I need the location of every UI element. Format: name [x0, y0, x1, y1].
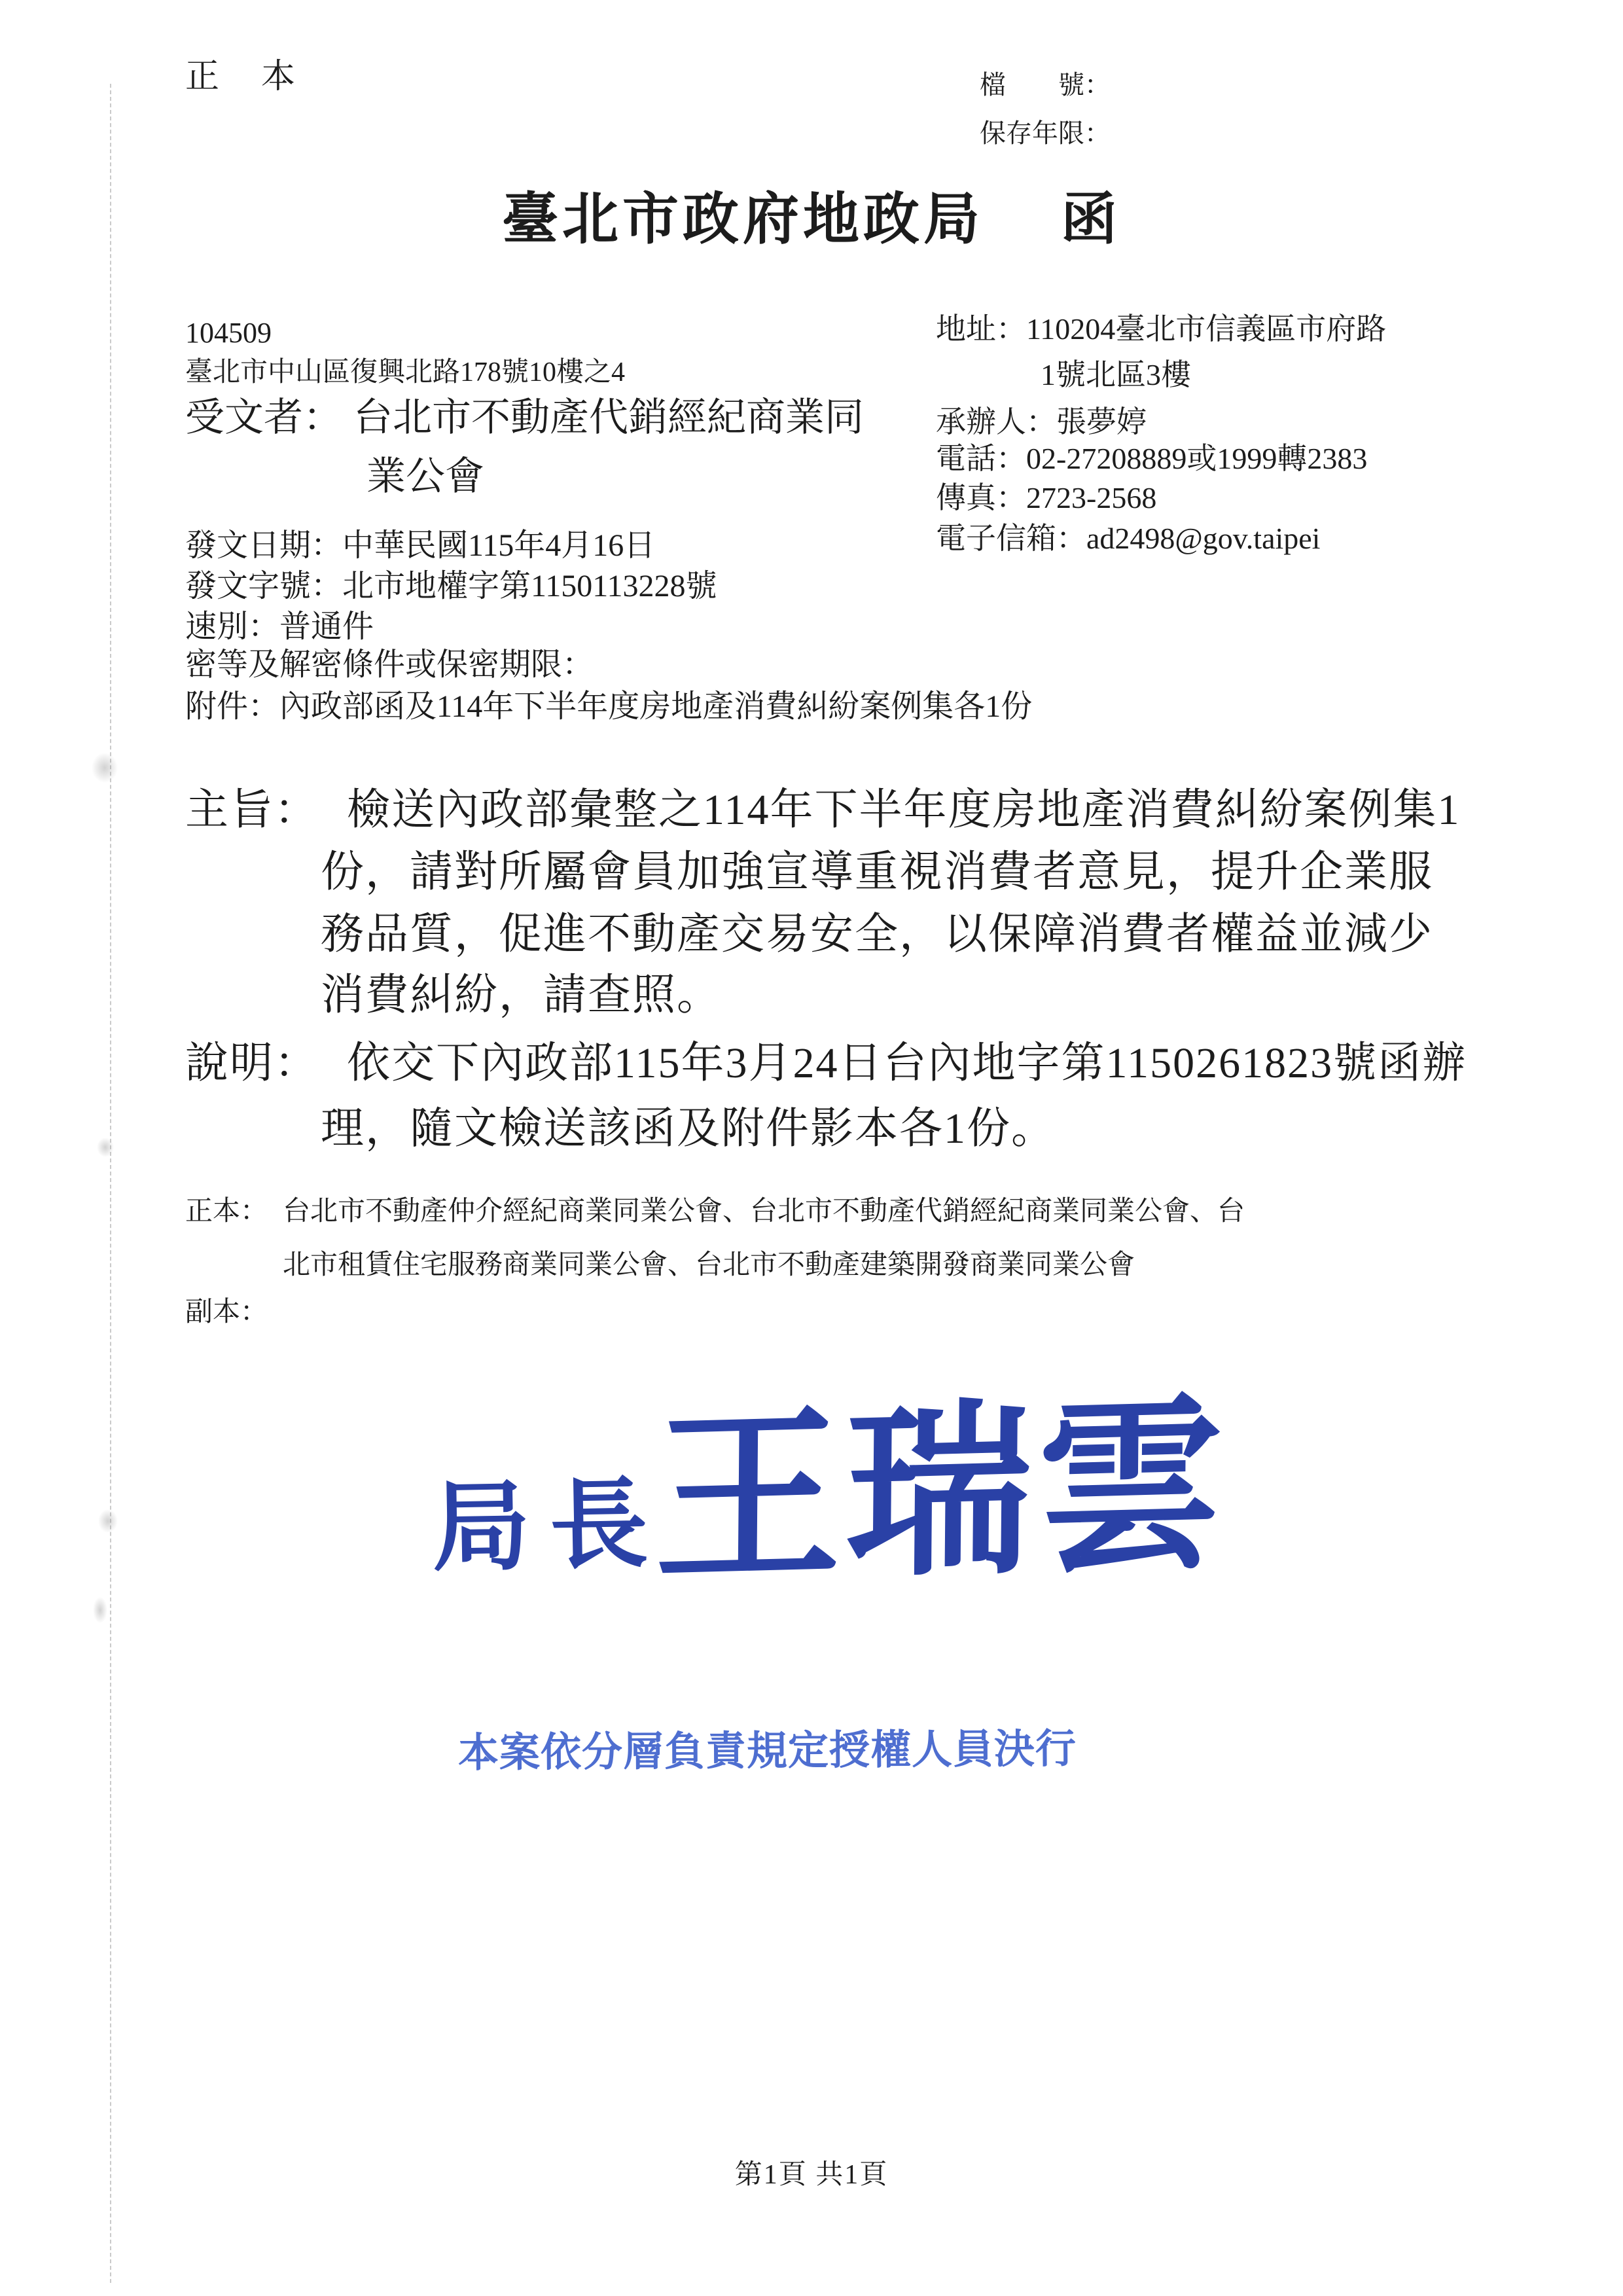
subject-line1: 檢送內政部彙整之114年下半年度房地產消費糾紛案例集1: [347, 789, 1461, 832]
recipient-address: 臺北市中山區復興北路178號10樓之4: [185, 359, 625, 386]
security-level: 密等及解密條件或保密期限：: [185, 649, 594, 681]
sender-contact-person: 承辦人：張夢婷: [936, 407, 1147, 437]
subject-line3: 務品質，促進不動產交易安全，以保障消費者權益並減少: [321, 913, 1433, 956]
retention-period-label: 保存年限：: [980, 120, 1111, 147]
attachment-note: 附件：內政部函及114年下半年度房地產消費糾紛案例集各1份: [185, 691, 1032, 723]
doc-number: 發文字號：北市地權字第1150113228號: [185, 571, 717, 602]
sender-address-line1: 地址：110204臺北市信義區市府路: [936, 314, 1386, 344]
recipient-name-line2: 業公會: [366, 457, 484, 496]
director-general-name-signature: 王瑞雲: [654, 1393, 1228, 1595]
document-type: 函: [1061, 191, 1121, 247]
explanation-label: 說明：: [185, 1042, 319, 1085]
cc-copy-label: 副本：: [185, 1299, 268, 1326]
copy-type-label: 正 本: [185, 60, 299, 94]
original-copy-line2: 北市租賃住宅服務商業同業公會、台北市不動產建築開發商業同業公會: [283, 1251, 1135, 1279]
delegation-authority-stamp: 本案依分層負責規定授權人員決行: [458, 1729, 1077, 1774]
issue-date: 發文日期：中華民國115年4月16日: [185, 530, 655, 562]
subject-label: 主旨：: [185, 789, 319, 832]
page-number-footer: 第1頁 共1頁: [735, 2161, 889, 2189]
scan-artifact: [92, 753, 118, 783]
speed-level: 速別：普通件: [185, 611, 374, 643]
sender-email: 電子信箱：ad2498@gov.taipei: [936, 524, 1320, 554]
scan-artifact: [97, 1138, 114, 1157]
recipient-label: 受文者：: [185, 398, 342, 437]
document-title: 臺北市政府地政局 函: [502, 191, 1121, 247]
recipient-name-line1: 台北市不動產代銷經紀商業同: [353, 398, 864, 437]
file-number-block: 檔 號： 保存年限：: [980, 72, 1111, 169]
subject-line4: 消費糾紛，請查照。: [321, 974, 721, 1017]
sender-phone: 電話：02-27208889或1999轉2383: [936, 444, 1367, 474]
sender-fax: 傳真：2723-2568: [936, 483, 1156, 513]
subject-line2: 份，請對所屬會員加強宣導重視消費者意見，提升企業服: [321, 851, 1433, 894]
explanation-line2: 理，隨文檢送該函及附件影本各1份。: [321, 1107, 1056, 1151]
recipient-zip: 104509: [185, 319, 272, 348]
director-general-title-signature: 局長: [431, 1476, 669, 1578]
original-copy-line1: 台北市不動產仲介經紀商業同業公會、台北市不動產代銷經紀商業同業公會、台: [283, 1198, 1245, 1225]
scanned-official-letter: 正 本 檔 號： 保存年限： 臺北市政府地政局 函 104509 臺北市中山區復…: [0, 0, 1623, 2296]
scan-artifact: [93, 1597, 107, 1623]
explanation-line1: 依交下內政部115年3月24日台內地字第1150261823號函辦: [347, 1042, 1467, 1085]
sender-address-line2: 1號北區3樓: [1041, 360, 1191, 390]
scan-artifact: [98, 1509, 118, 1533]
scan-margin-dotted-line: [110, 84, 111, 2283]
issuing-agency-name: 臺北市政府地政局: [502, 191, 984, 247]
original-copy-label: 正本：: [185, 1198, 268, 1225]
file-number-label: 檔 號：: [980, 72, 1111, 98]
